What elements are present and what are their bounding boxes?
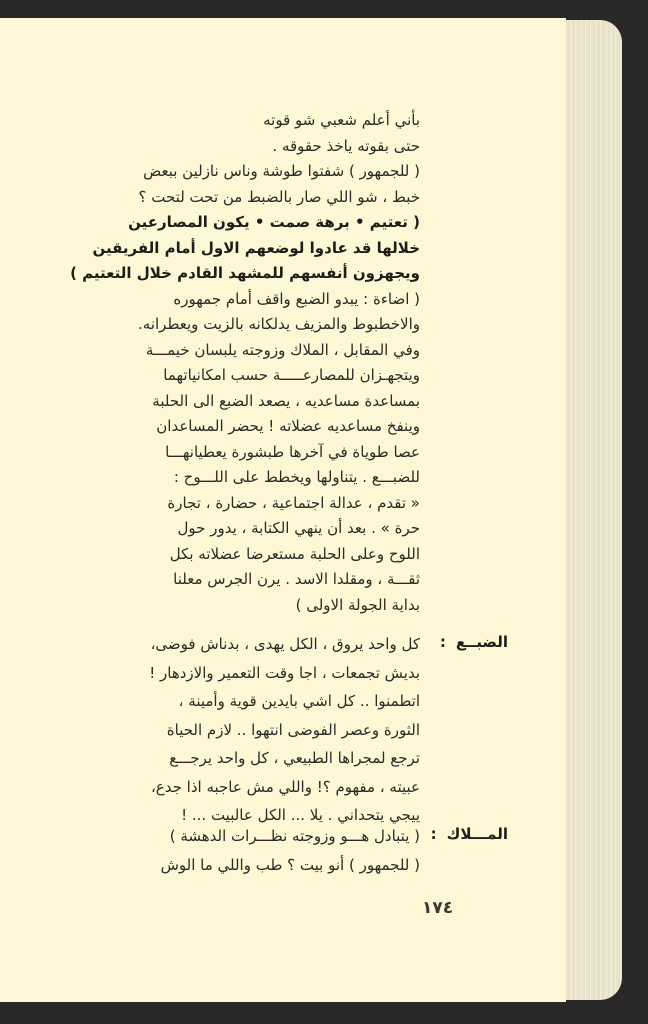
speaker-colon: : [440,633,446,651]
text-line: حرة » . بعد أن ينهي الكتابة ، يدور حول [38,516,420,542]
stage-directions-block: بأني أعلم شعبي شو قوته حتى بقوته ياخذ حق… [38,108,420,618]
text-line: ثقـــة ، ومقلدا الاسد . يرن الجرس معلنا [38,567,420,593]
text-line: ( اضاءة : يبدو الضبع واقف أمام جمهوره [38,287,420,313]
speech-line: بديش تجمعات ، اجا وقت التعمير والازدهار … [38,659,420,688]
speech-line: عبيته ، مفهوم ؟! واللي مش عاجبه اذا جدع، [38,773,420,802]
speaker-name: المـــلاك: [431,822,508,848]
speaker-label: الضبــع [456,633,508,651]
speech-text: ( يتبادل هـــو وزوجته نظـــرات الدهشة ) … [38,822,420,879]
text-line: اللوح وعلى الحلبة مستعرضا عضلاته بكل [38,542,420,568]
text-line-bold: ويجهزون أنفسهم للمشهد القادم خلال التعتي… [38,261,420,287]
page-edges [566,20,622,1000]
text-line: بداية الجولة الاولى ) [38,593,420,619]
text-line: ( للجمهور ) شفتوا طوشة وناس نازلين ببعض [38,159,420,185]
text-line-bold: ( تعتيم • برهة صمت • يكون المصارعين [38,210,420,236]
speaker-name: الضبــع: [440,630,508,656]
speech-line: ترجع لمجراها الطبيعي ، كل واحد يرجـــع [38,744,420,773]
text-line: حتى بقوته ياخذ حقوقه . [38,134,420,160]
speech-line: اتطمنوا .. كل اشي بايدين قوية وأمينة ، [38,687,420,716]
speaker-label: المـــلاك [447,825,508,843]
text-line: للضبـــع . يتناولها ويخطط على اللـــوح : [38,465,420,491]
speech-line: الثورة وعصر الفوضى انتهوا .. لازم الحياة [38,716,420,745]
speech-line: ( للجمهور ) أنو بيت ؟ طب واللي ما الوش [38,851,420,880]
text-line: وفي المقابل ، الملاك وزوجته يلبسان خيمــ… [38,338,420,364]
text-line: « تقدم ، عدالة اجتماعية ، حضارة ، تجارة [38,491,420,517]
text-line: ويتجهـزان للمصارعـــــة حسب امكانياتهما [38,363,420,389]
text-line: والاخطبوط والمزيف يدلكانه بالزيت ويعطران… [38,312,420,338]
speaker-colon: : [431,825,437,843]
text-line-bold: خلالها قد عادوا لوضعهم الاول أمام الفريق… [38,236,420,262]
speech-text: كل واحد يروق ، الكل يهدى ، بدناش فوضى، ب… [38,630,420,830]
text-line: بمساعدة مساعديه ، يصعد الضبع الى الحلبة [38,389,420,415]
text-line: خبط ، شو اللي صار بالضبط من تحت لتحت ؟ [38,185,420,211]
text-line: بأني أعلم شعبي شو قوته [38,108,420,134]
speech-line: كل واحد يروق ، الكل يهدى ، بدناش فوضى، [38,630,420,659]
text-line: عصا طوياة في آخرها طبشورة يعطيانهـــا [38,440,420,466]
page-number: ١٧٤ [422,898,453,918]
text-line: وينفخ مساعديه عضلاته ! يحضر المساعدان [38,414,420,440]
speech-line: ( يتبادل هـــو وزوجته نظـــرات الدهشة ) [38,822,420,851]
